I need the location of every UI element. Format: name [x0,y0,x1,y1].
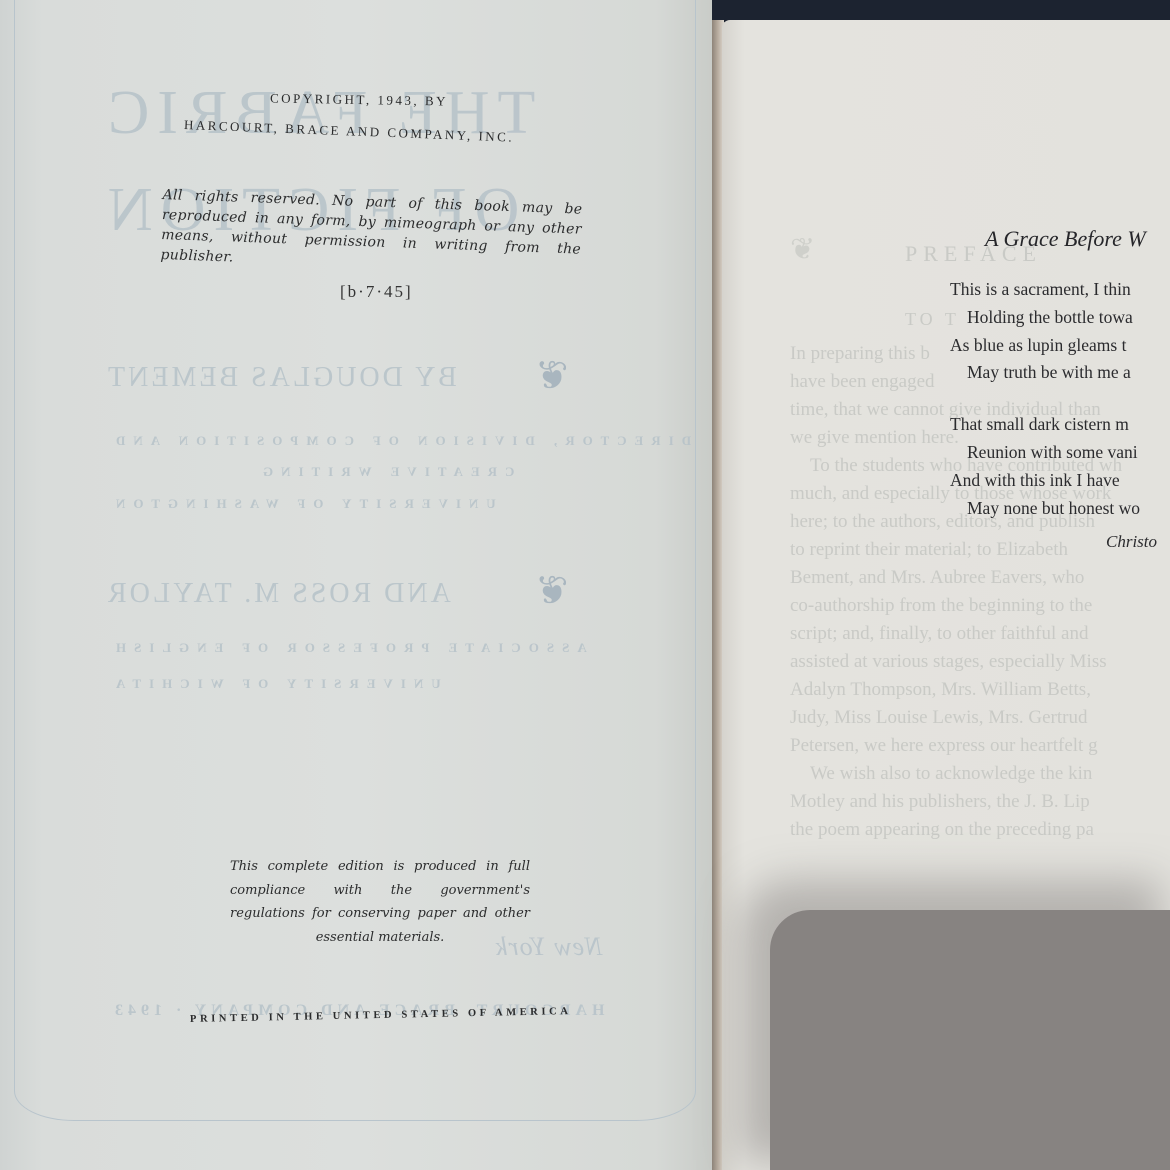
poem-line: That small dark cistern m [950,414,1129,435]
poem-author: Christo [1106,532,1157,552]
show-through-line: Adalyn Thompson, Mrs. William Betts, [790,676,1122,704]
show-through-line: Judy, Miss Louise Lewis, Mrs. Gertrud [790,704,1122,732]
ornament-icon: ❦ [790,236,815,264]
show-through-author1-role1: DIRECTOR, DIVISION OF COMPOSITION AND [108,433,691,449]
ornament-icon: ❦ [535,567,569,614]
show-through-line: We wish also to acknowledge the kin [790,760,1122,788]
show-through-author1-role2: CREATIVE WRITING [255,464,514,480]
show-through-author2-role: ASSOCIATE PROFESSOR OF ENGLISH [108,640,587,656]
show-through-subheading: TO T [905,305,960,333]
poem-line: And with this ink I have [950,470,1120,491]
show-through-line: Petersen, we here express our heartfelt … [790,732,1122,760]
show-through-line: Motley and his publishers, the J. B. Lip [790,788,1122,816]
background-dark-surface [700,0,1170,22]
wartime-edition-notice: This complete edition is produced in ful… [230,855,530,949]
poem-line: Holding the bottle towa [967,307,1133,328]
poem-line: This is a sacrament, I thin [950,279,1131,300]
printing-code: [b·7·45] [340,282,413,302]
left-page-copyright: THE FABRIC OF FICTION ❦ BY DOUGLAS BEMEN… [0,0,712,1170]
poem-line: As blue as lupin gleams t [950,335,1126,356]
show-through-line: the poem appearing on the preceding pa [790,816,1122,844]
show-through-line: Bement, and Mrs. Aubree Eavers, who [790,564,1122,592]
ornament-icon: ❦ [535,352,569,399]
show-through-author2-affil: UNIVERSITY OF WICHITA [108,676,441,692]
poem-line: Reunion with some vani [967,442,1138,463]
show-through-author1-affil: UNIVERSITY OF WASHINGTON [108,496,496,512]
rights-notice: All rights reserved. No part of this boo… [160,185,583,280]
show-through-author1: BY DOUGLAS BEMENT [105,362,457,394]
show-through-line: script; and, finally, to other faithful … [790,620,1122,648]
show-through-line: assisted at various stages, especially M… [790,648,1122,676]
poem-title: A Grace Before W [985,226,1146,252]
poem-line: May truth be with me a [967,362,1131,383]
hand-shadow [770,910,1170,1170]
copyright-line: COPYRIGHT, 1943, BY [270,90,448,109]
show-through-line: to reprint their material; to Elizabeth [790,536,1122,564]
show-through-line: co-authorship from the beginning to the [790,592,1122,620]
poem-line: May none but honest wo [967,498,1140,519]
show-through-author2: AND ROSS M. TAYLOR [105,578,451,610]
